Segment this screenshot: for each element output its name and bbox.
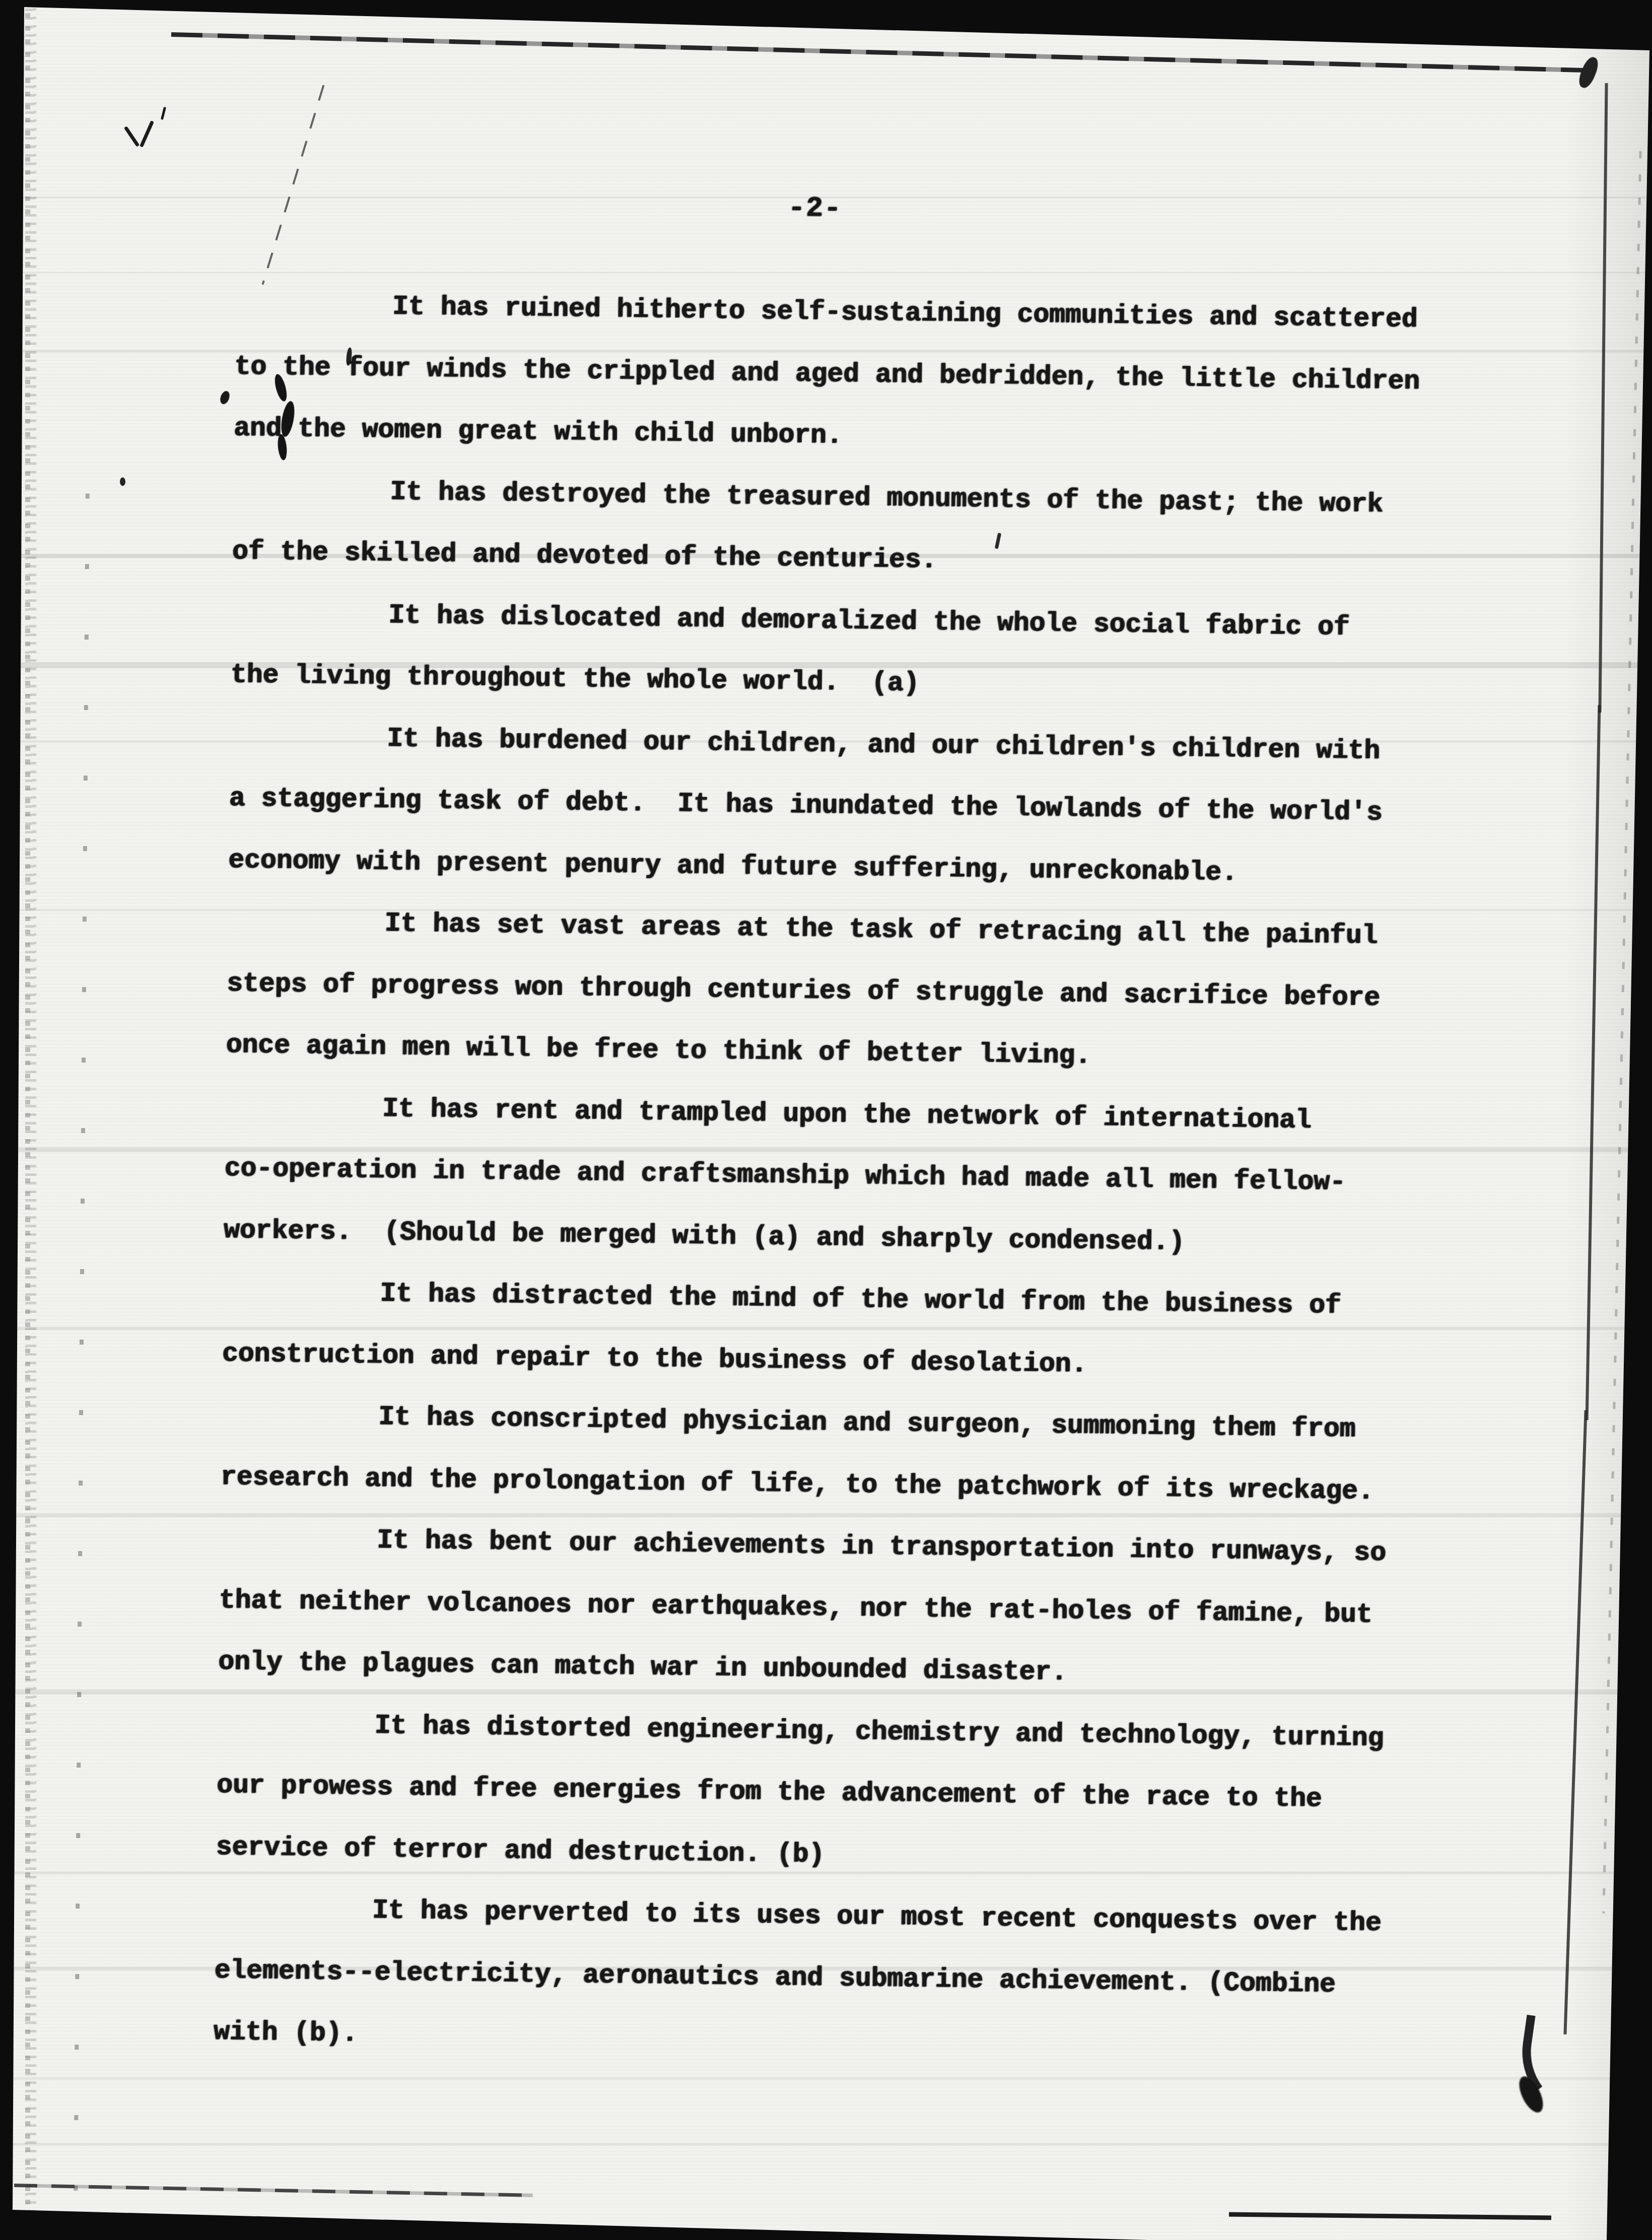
paragraph: It has burdened our children, and our ch… [228, 706, 1474, 906]
underlying-sheet-bottom-edge [1229, 2212, 1551, 2220]
paragraph: It has perverted to its uses our most re… [213, 1878, 1459, 2079]
ink-spot [219, 390, 231, 405]
paragraph: It has conscripted physician and surgeon… [220, 1384, 1466, 1523]
right-margin-shade [1566, 45, 1652, 2240]
scan-streak [0, 2143, 1652, 2146]
underlying-sheet-right-edge [1563, 1410, 1587, 2035]
page-edge-specks [74, 494, 90, 2196]
document-page: -2- It has ruined hitherto self-sustaini… [0, 0, 1652, 2240]
page-left-edge [25, 0, 44, 2216]
paragraph: It has destroyed the treasured monuments… [232, 459, 1477, 598]
pencil-check-mark [140, 120, 154, 148]
paragraph-list: It has ruined hitherto self-sustaining c… [213, 274, 1479, 2078]
underlying-sheet-corner [1576, 55, 1601, 90]
paragraph: It has dislocated and demoralized the wh… [230, 582, 1476, 721]
page-bottom-edge-specks [14, 2184, 533, 2197]
underlying-sheet-right-edge-speckle [1602, 151, 1641, 1913]
paragraph: It has ruined hitherto self-sustaining c… [233, 274, 1479, 475]
typewritten-text: -2- It has ruined hitherto self-sustaini… [213, 185, 1481, 2078]
ink-spot [120, 477, 125, 486]
paragraph: It has distorted engineering, chemistry … [216, 1693, 1462, 1894]
underlying-sheet-right-edge [1586, 705, 1601, 1420]
page-number: -2- [236, 185, 1481, 290]
scanner-background: -2- It has ruined hitherto self-sustaini… [0, 0, 1652, 2240]
paragraph: It has rent and trampled upon the networ… [223, 1076, 1469, 1277]
pencil-check-mark [124, 126, 140, 147]
underlying-sheet-top-edge [171, 32, 1596, 73]
paragraph: It has distracted the mind of the world … [222, 1261, 1467, 1400]
underlying-sheet-right-edge [1598, 83, 1608, 713]
paragraph: It has bent our achievements in transpor… [218, 1508, 1464, 1709]
pencil-tick-mark [161, 107, 166, 120]
paragraph: It has set vast areas at the task of ret… [226, 891, 1472, 1092]
